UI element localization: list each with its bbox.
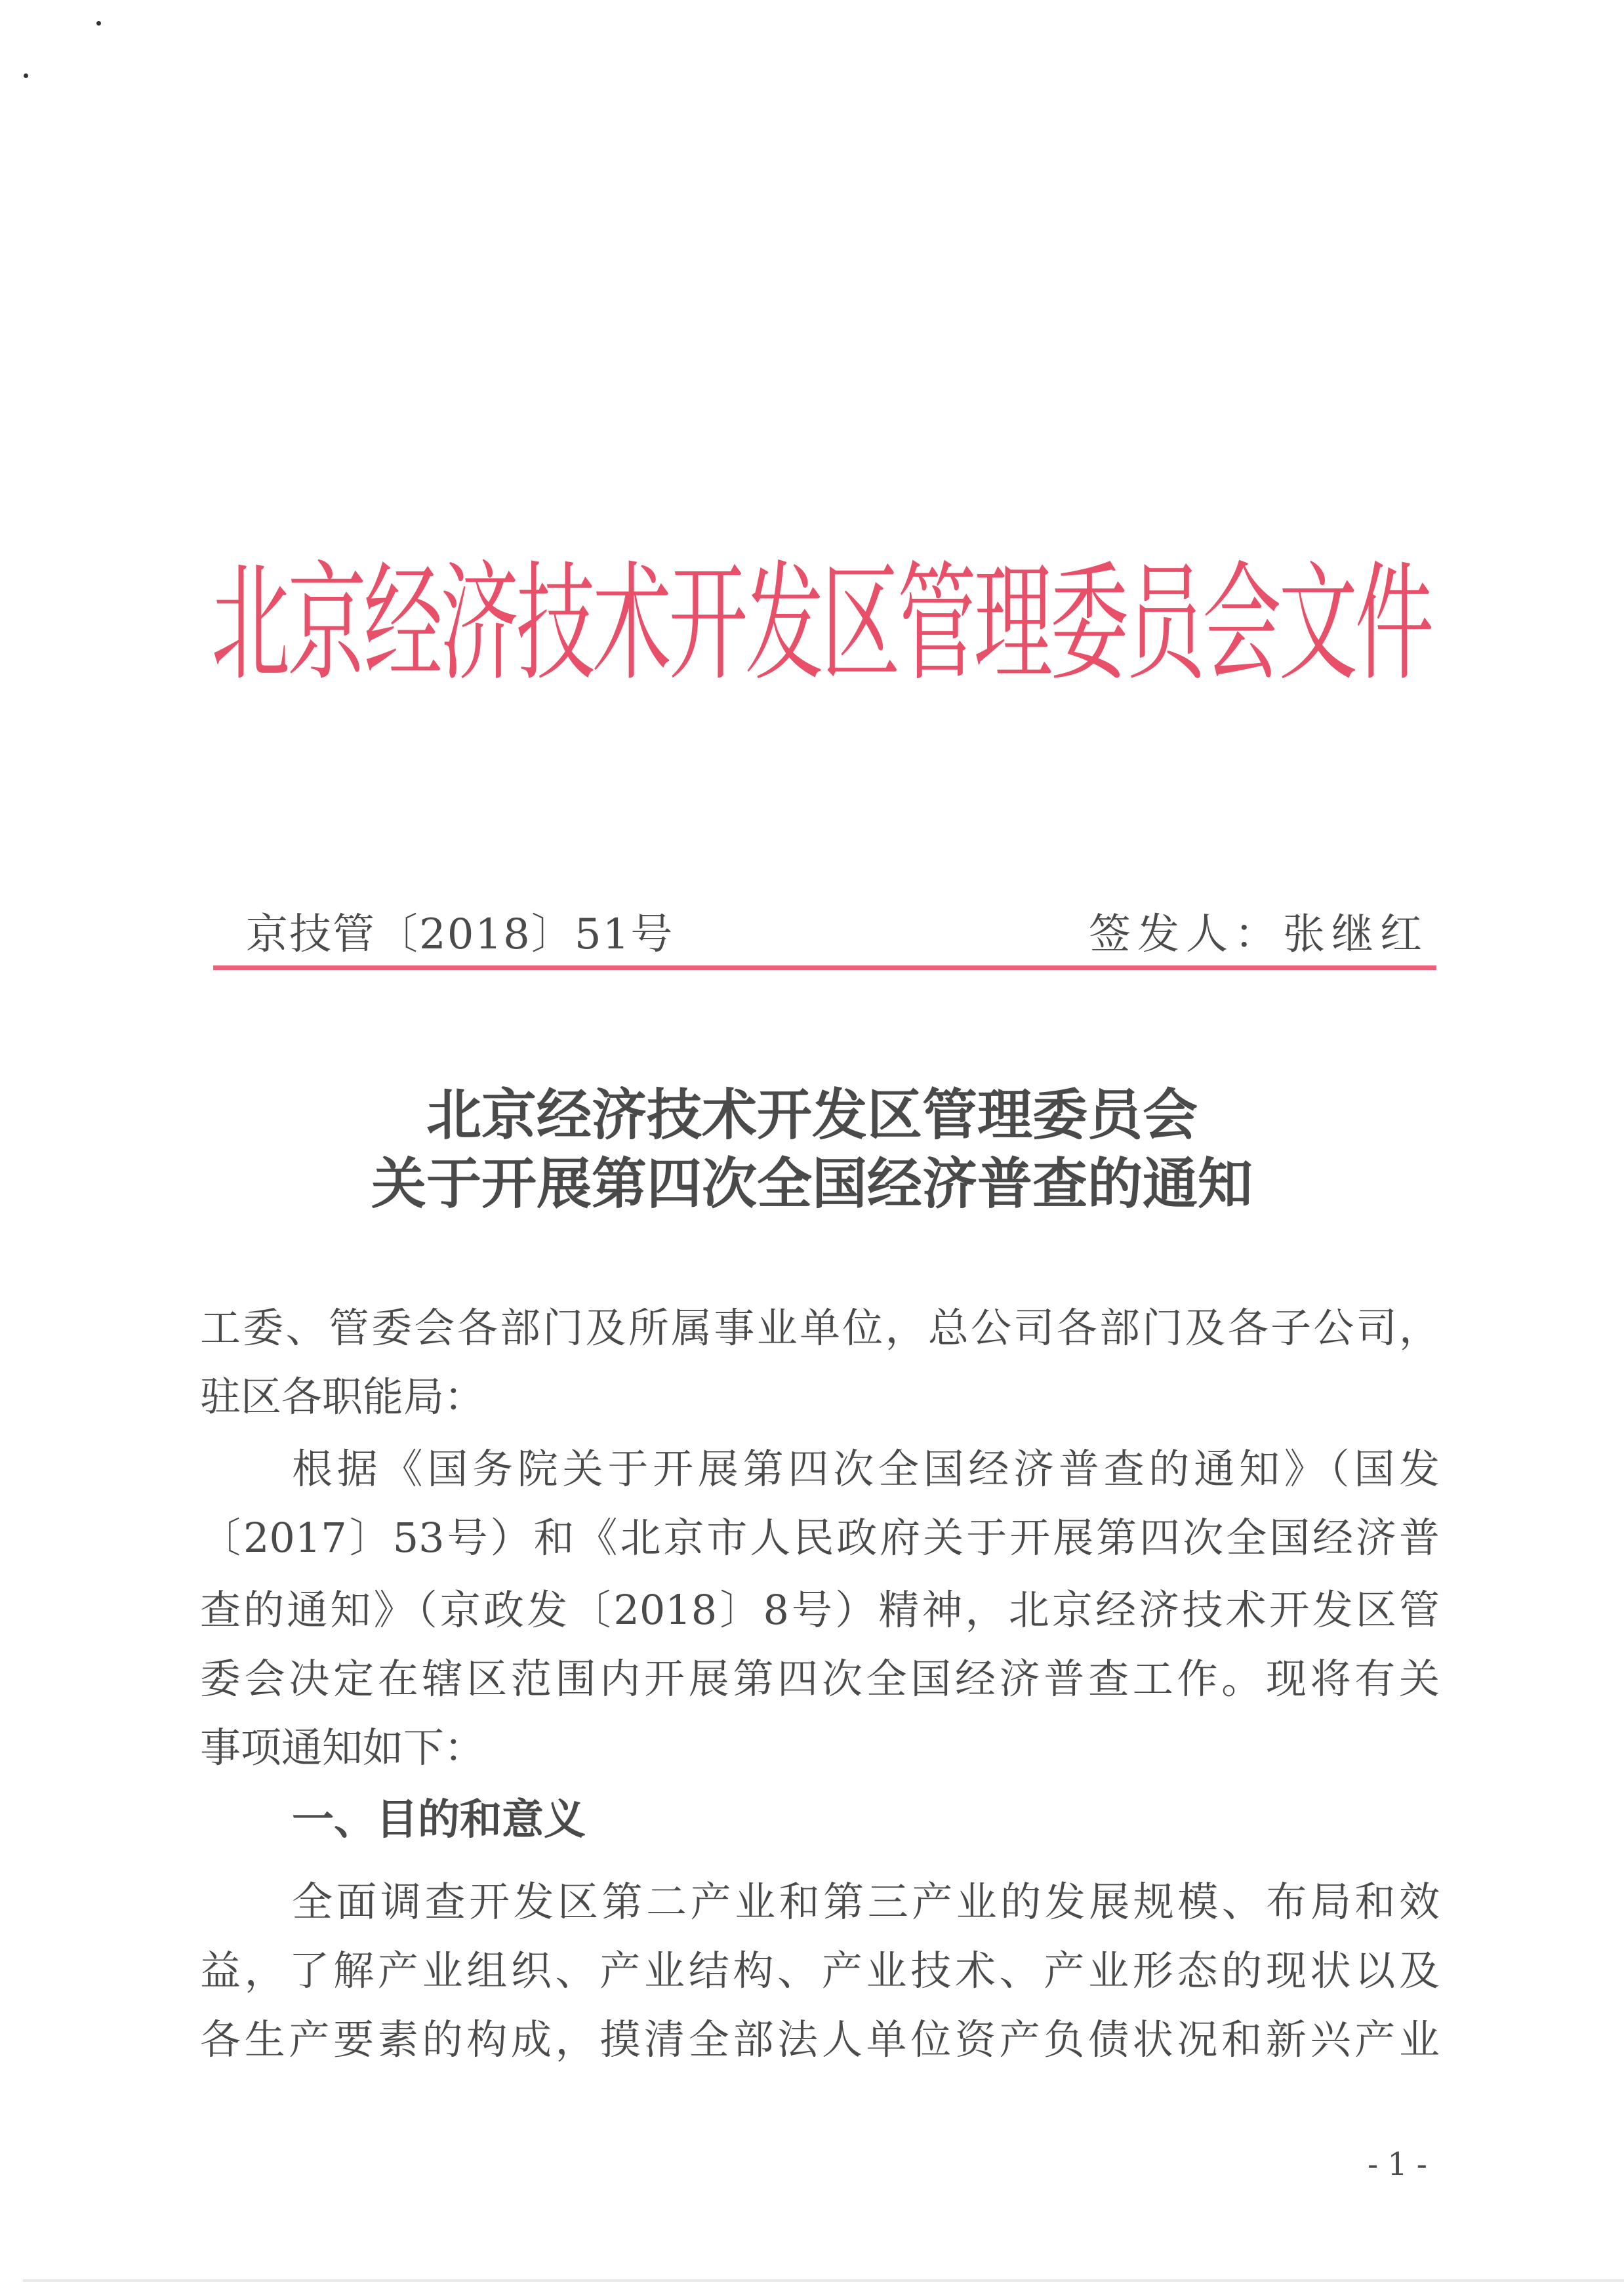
section-paragraph-line: 各生产要素的构成，摸清全部法人单位资产负债状况和新兴产业 [200, 2014, 1440, 2066]
notice-title-line-1: 北京经济技术开发区管理委员会 [0, 1082, 1624, 1148]
section-paragraph-line: 全面调查开发区第二产业和第三产业的发展规模、布局和效 [292, 1876, 1440, 1928]
red-header: 北京经济技术开发区管理委员会文件 [211, 558, 1431, 715]
body-paragraph-line: 查的通知》（京政发〔2018〕8号）精神，北京经济技术开发区管 [200, 1584, 1440, 1636]
notice-title-line-2: 关于开展第四次全国经济普查的通知 [0, 1151, 1624, 1217]
body-paragraph-line: 〔2017〕53号）和《北京市人民政府关于开展第四次全国经济普 [200, 1512, 1440, 1564]
scan-bottom-edge [23, 2279, 1624, 2282]
red-divider-rule [213, 965, 1436, 970]
scan-speck [24, 73, 28, 78]
body-paragraph-line: 根据《国务院关于开展第四次全国经济普查的通知》（国发 [292, 1443, 1440, 1495]
section-paragraph-line: 益，了解产业组织、产业结构、产业技术、产业形态的现状以及 [200, 1945, 1440, 1997]
scan-speck [96, 21, 101, 26]
page-number: -1- [1368, 2145, 1436, 2184]
addressee-line-1: 工委、管委会各部门及所属事业单位，总公司各部门及各子公司， [200, 1302, 1440, 1354]
signer-name: 张继红 [1283, 910, 1429, 959]
signer-label: 签发人： [1089, 910, 1283, 959]
body-paragraph-line: 委会决定在辖区范围内开展第四次全国经济普查工作。现将有关 [200, 1653, 1440, 1705]
section-heading: 一、目的和意义 [292, 1794, 586, 1846]
addressee-line-2: 驻区各职能局： [200, 1371, 1440, 1423]
red-header-title: 北京经济技术开发区管理委员会文件 [211, 558, 1431, 691]
document-number: 京技管〔2018〕51号 [246, 908, 674, 961]
signer: 签发人：张继红 [1089, 908, 1429, 961]
body-paragraph-line: 事项通知如下： [200, 1722, 1440, 1774]
